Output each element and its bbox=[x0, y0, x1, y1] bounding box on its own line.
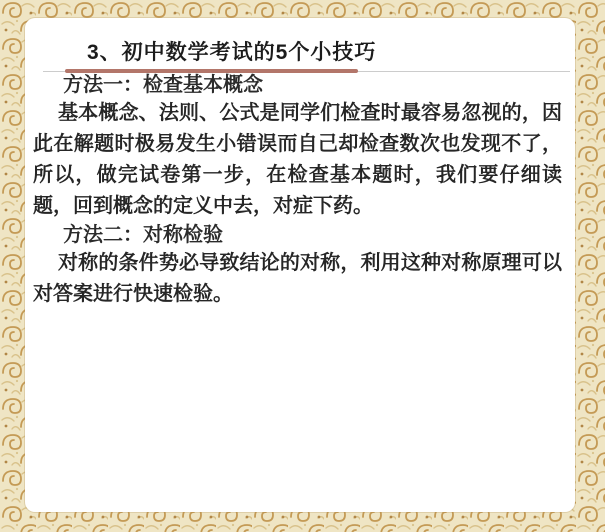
title-block: 3、初中数学考试的5个小技巧 bbox=[43, 39, 570, 72]
article-panel: 3、初中数学考试的5个小技巧 方法一：检查基本概念 基本概念、法则、公式是同学们… bbox=[25, 18, 575, 512]
page: 3、初中数学考试的5个小技巧 方法一：检查基本概念 基本概念、法则、公式是同学们… bbox=[0, 0, 605, 532]
section-heading-method-2: 方法二：对称检验 bbox=[63, 222, 575, 248]
section-paragraph-method-2: 对称的条件势必导致结论的对称，利用这种对称原理可以对答案进行快速检验。 bbox=[33, 248, 562, 310]
section-heading-method-1: 方法一：检查基本概念 bbox=[63, 72, 575, 98]
section-paragraph-method-1: 基本概念、法则、公式是同学们检查时最容易忽视的，因此在解题时极易发生小错误而自己… bbox=[33, 98, 562, 222]
title-underline-accent bbox=[65, 69, 358, 73]
page-title: 3、初中数学考试的5个小技巧 bbox=[87, 39, 570, 66]
